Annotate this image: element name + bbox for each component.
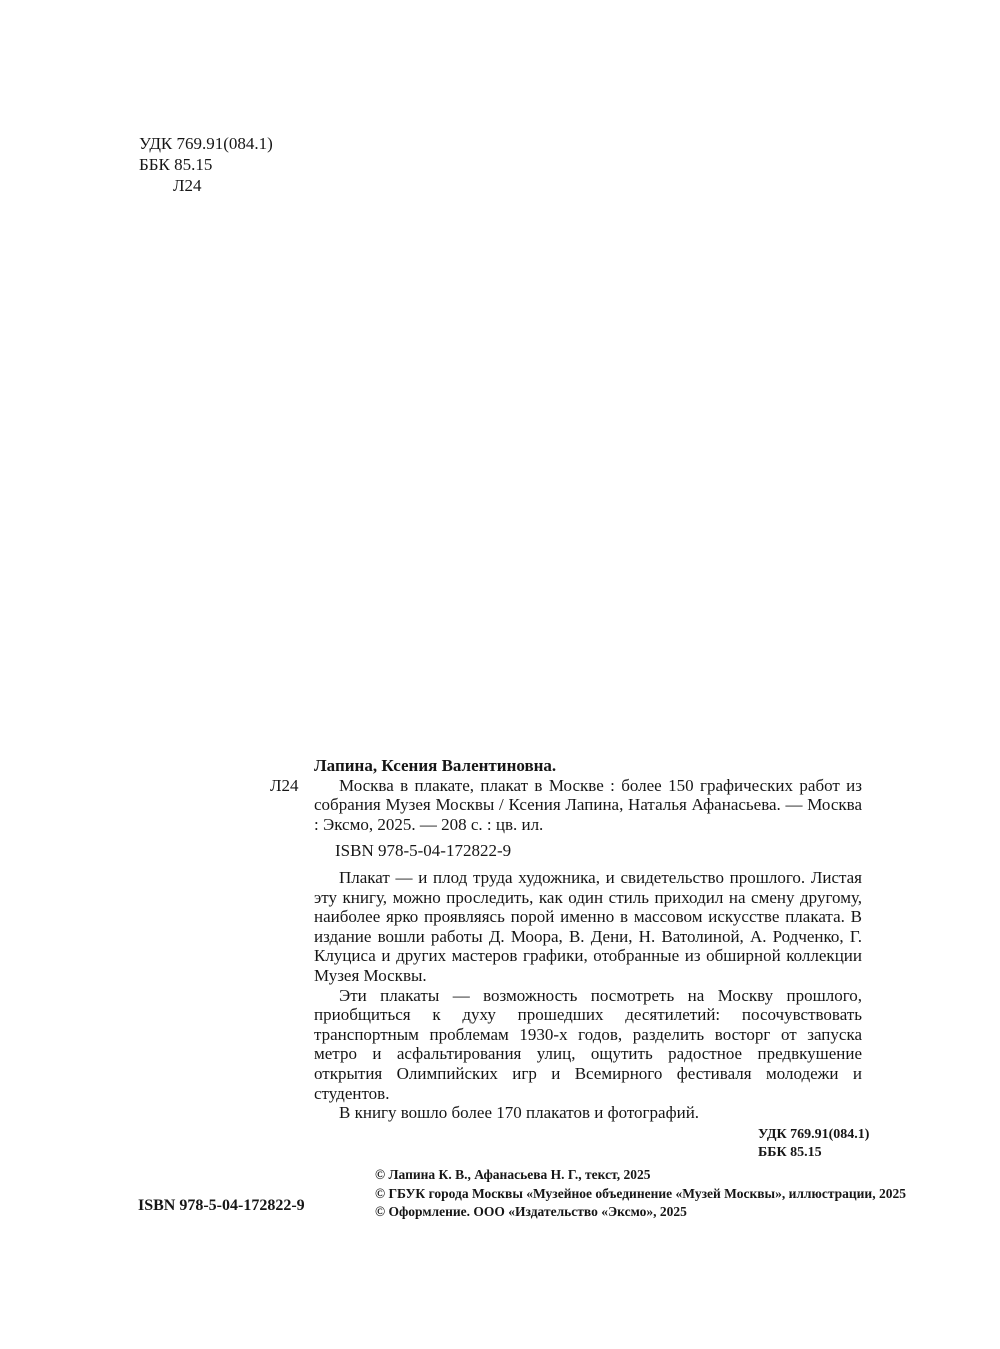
classification-codes-footer: УДК 769.91(084.1) ББК 85.15 bbox=[758, 1126, 862, 1163]
bibliographic-description: Москва в плакате, плакат в Москве : боле… bbox=[314, 776, 862, 835]
isbn-line: ISBN 978-5-04-172822-9 bbox=[314, 841, 862, 861]
book-copyright-page: УДК 769.91(084.1) ББК 85.15 Л24 Л24 Лапи… bbox=[0, 0, 1000, 1349]
catalog-card: Л24 Лапина, Ксения Валентиновна. Москва … bbox=[270, 756, 862, 834]
footer-isbn: ISBN 978-5-04-172822-9 bbox=[138, 1197, 305, 1215]
udc-code-footer: УДК 769.91(084.1) bbox=[758, 1126, 862, 1145]
copyright-line-illustrations: © ГБУК города Москвы «Музейное объединен… bbox=[375, 1185, 906, 1204]
bbk-code: ББК 85.15 bbox=[139, 154, 273, 175]
copyright-line-text: © Лапина К. В., Афанасьева Н. Г., текст,… bbox=[375, 1166, 906, 1185]
catalog-card-body: Лапина, Ксения Валентиновна. Москва в пл… bbox=[314, 756, 862, 834]
annotation-paragraph: Эти плакаты — возможность посмотреть на … bbox=[314, 986, 862, 1104]
copyright-line-design: © Оформление. ООО «Издательство «Эксмо»,… bbox=[375, 1203, 906, 1222]
copyright-block: © Лапина К. В., Афанасьева Н. Г., текст,… bbox=[375, 1166, 906, 1222]
top-classification-block: УДК 769.91(084.1) ББК 85.15 Л24 bbox=[139, 133, 273, 196]
entry-code: Л24 bbox=[270, 776, 299, 796]
annotation-paragraph: В книгу вошло более 170 плакатов и фотог… bbox=[314, 1103, 862, 1123]
udc-code: УДК 769.91(084.1) bbox=[139, 133, 273, 154]
author-heading: Лапина, Ксения Валентиновна. bbox=[314, 756, 862, 776]
imprint-block: Л24 Лапина, Ксения Валентиновна. Москва … bbox=[270, 756, 862, 1163]
author-sign-code: Л24 bbox=[173, 175, 273, 196]
bbk-code-footer: ББК 85.15 bbox=[758, 1144, 862, 1163]
annotation-paragraph: Плакат — и плод труда художника, и свиде… bbox=[314, 868, 862, 986]
